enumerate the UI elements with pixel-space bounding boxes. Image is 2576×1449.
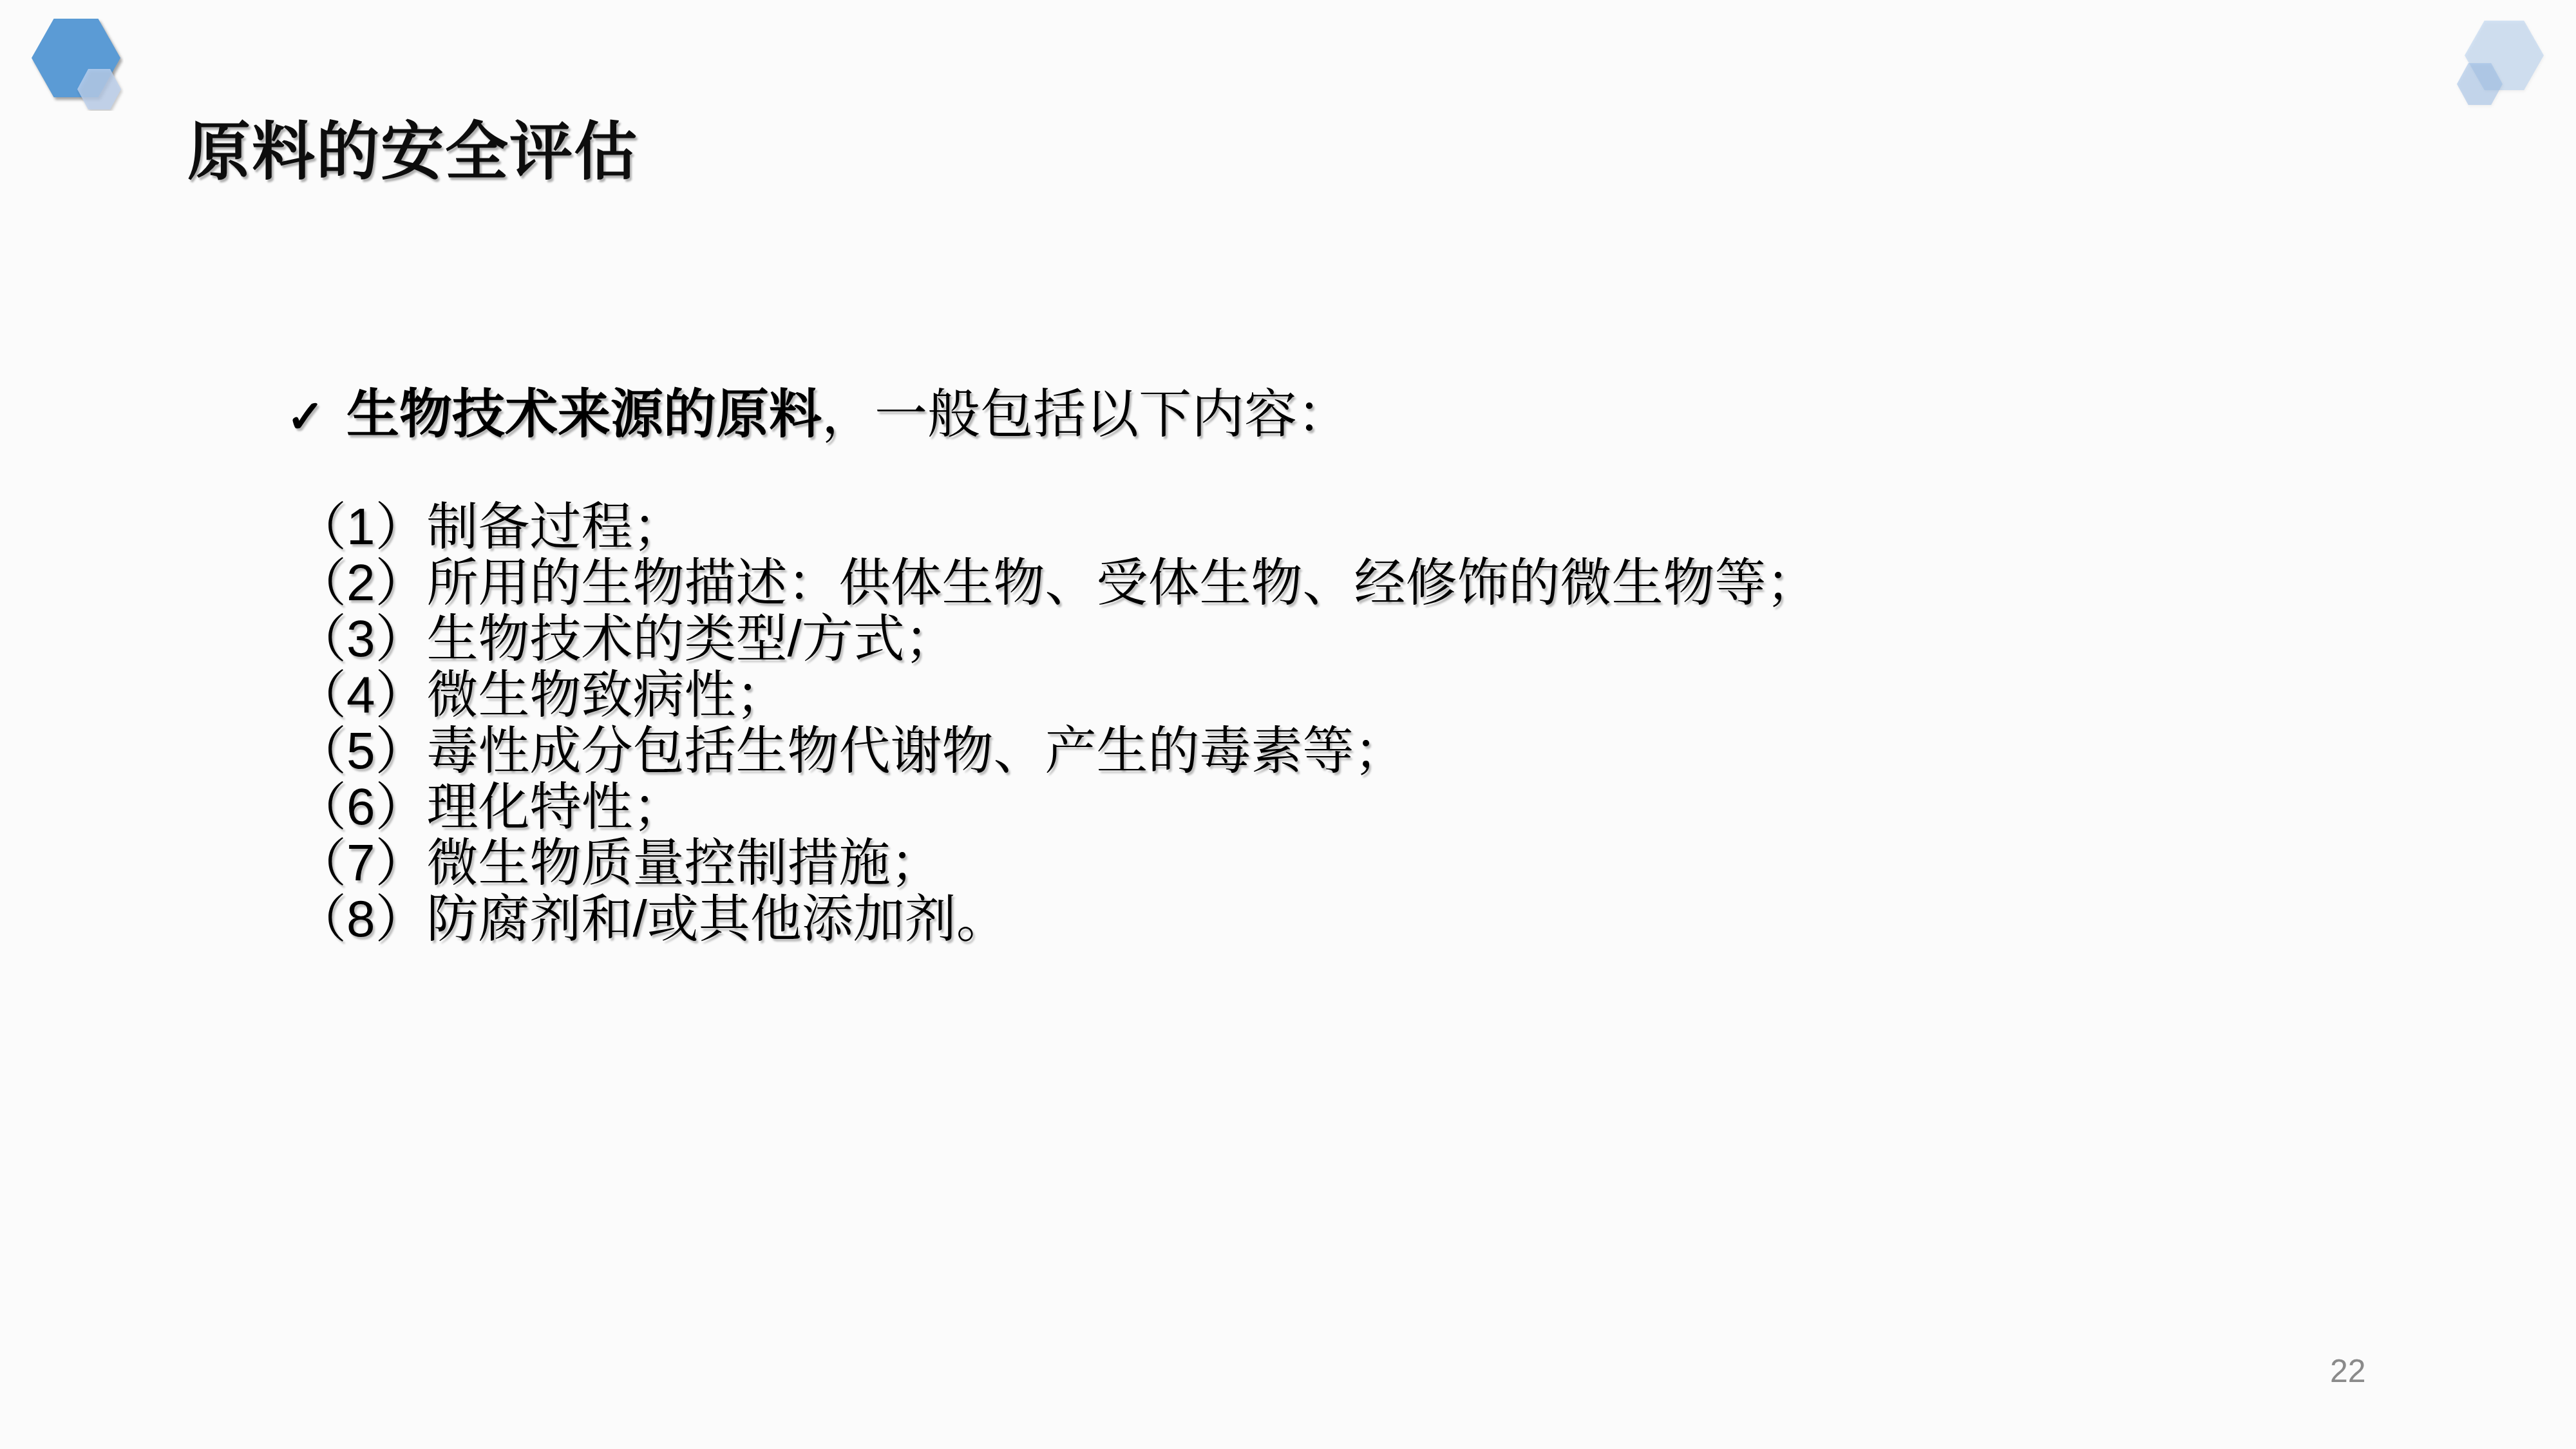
list-item: （2）所用的生物描述：供体生物、受体生物、经修饰的微生物等； [295, 554, 1818, 611]
checkmark-icon: ✓ [287, 389, 346, 445]
list-item: （8）防腐剂和/或其他添加剂。 [295, 891, 1818, 947]
item-list: （1）制备过程； （2）所用的生物描述：供体生物、受体生物、经修饰的微生物等； … [295, 498, 1818, 947]
page-title: 原料的安全评估 [187, 120, 638, 183]
list-item: （6）理化特性； [295, 779, 1818, 835]
slide-canvas: 原料的安全评估 ✓生物技术来源的原料，一般包括以下内容： （1）制备过程； （2… [0, 0, 2576, 1449]
list-item: （3）生物技术的类型/方式； [295, 611, 1818, 667]
list-item: （7）微生物质量控制措施； [295, 835, 1818, 891]
hexagon-logo-top-left [27, 14, 124, 111]
bullet-lead-rest: ，一般包括以下内容： [822, 385, 1350, 444]
list-item: （5）毒性成分包括生物代谢物、产生的毒素等； [295, 723, 1818, 779]
hexagon-logo-top-right [2450, 14, 2550, 111]
page-number: 22 [2330, 1355, 2366, 1387]
list-item: （1）制备过程； [295, 498, 1818, 554]
bullet-line: ✓生物技术来源的原料，一般包括以下内容： [287, 386, 1350, 445]
bullet-lead-bold: 生物技术来源的原料 [346, 385, 822, 444]
list-item: （4）微生物致病性； [295, 667, 1818, 723]
